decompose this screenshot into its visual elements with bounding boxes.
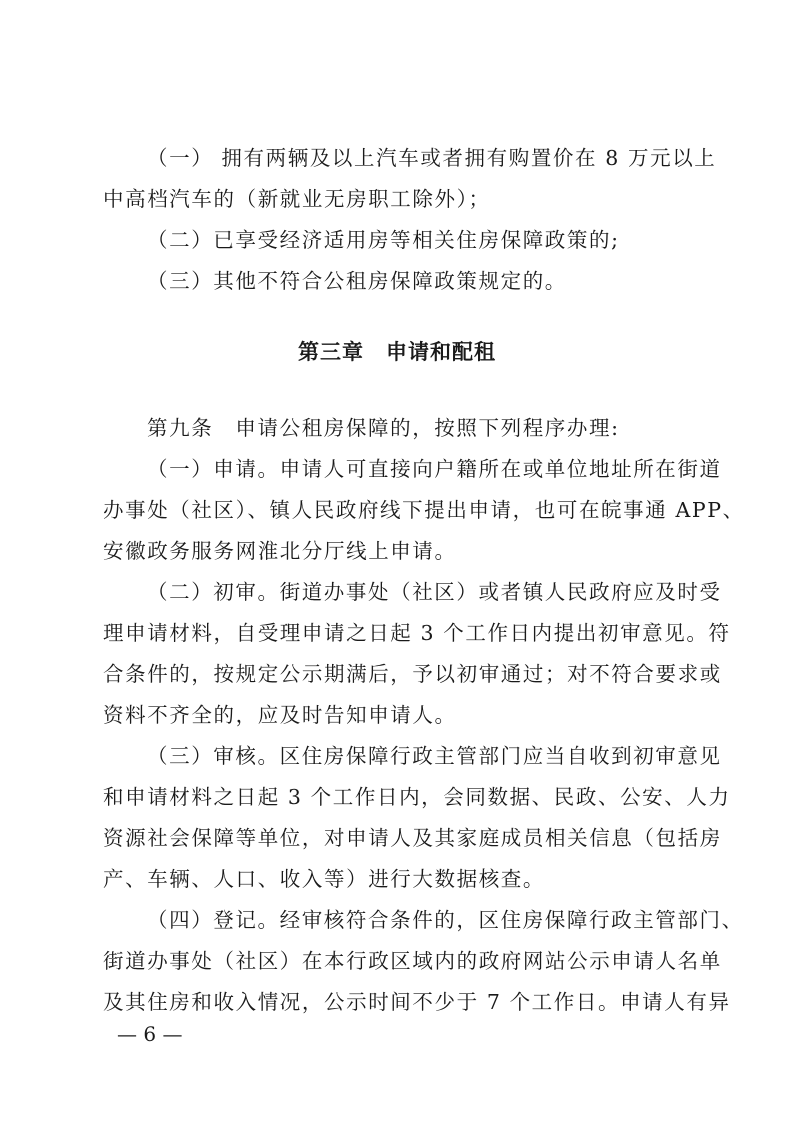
paragraph-line: 合条件的，按规定公示期满后，予以初审通过；对不符合要求或 [103,662,691,686]
paragraph-line: （一）申请。申请人可直接向户籍所在或单位地址所在街道 [147,457,691,481]
paragraph-line: （四）登记。经审核符合条件的，区住房保障行政主管部门、 [147,908,691,932]
paragraph-line: 理申请材料，自受理申请之日起 3 个工作日内提出初审意见。符 [103,621,691,645]
paragraph-line: 和申请材料之日起 3 个工作日内，会同数据、民政、公安、人力 [103,785,691,809]
paragraph-line: 安徽政务服务网淮北分厅线上申请。 [103,539,457,563]
paragraph-line: 产、车辆、人口、收入等）进行大数据核查。 [103,867,545,891]
article-title: 第九条 申请公租房保障的，按照下列程序办理: [147,416,620,440]
paragraph-line: 中高档汽车的（新就业无房职工除外）； [103,187,491,211]
paragraph-line: （三）其他不符合公租房保障政策规定的。 [147,269,567,293]
paragraph-line: 资源社会保障等单位，对申请人及其家庭成员相关信息（包括房 [103,826,691,850]
paragraph-line: （一） 拥有两辆及以上汽车或者拥有购置价在 8 万元以上 [147,146,691,170]
paragraph-line: （二）已享受经济适用房等相关住房保障政策的; [147,228,620,252]
paragraph-line: 街道办事处（社区）在本行政区域内的政府网站公示申请人名单 [103,949,691,973]
paragraph-line: 办事处（社区）、镇人民政府线下提出申请，也可在皖事通 APP、 [103,498,691,522]
page-number: — 6 — [117,1022,182,1046]
chapter-heading: 第三章 申请和配租 [103,340,691,364]
paragraph-line: 资料不齐全的，应及时告知申请人。 [103,703,457,727]
paragraph-line: （二）初审。街道办事处（社区）或者镇人民政府应及时受 [147,580,691,604]
paragraph-line: 及其住房和收入情况，公示时间不少于 7 个工作日。申请人有异 [103,990,691,1014]
paragraph-line: （三）审核。区住房保障行政主管部门应当自收到初审意见 [147,744,691,768]
